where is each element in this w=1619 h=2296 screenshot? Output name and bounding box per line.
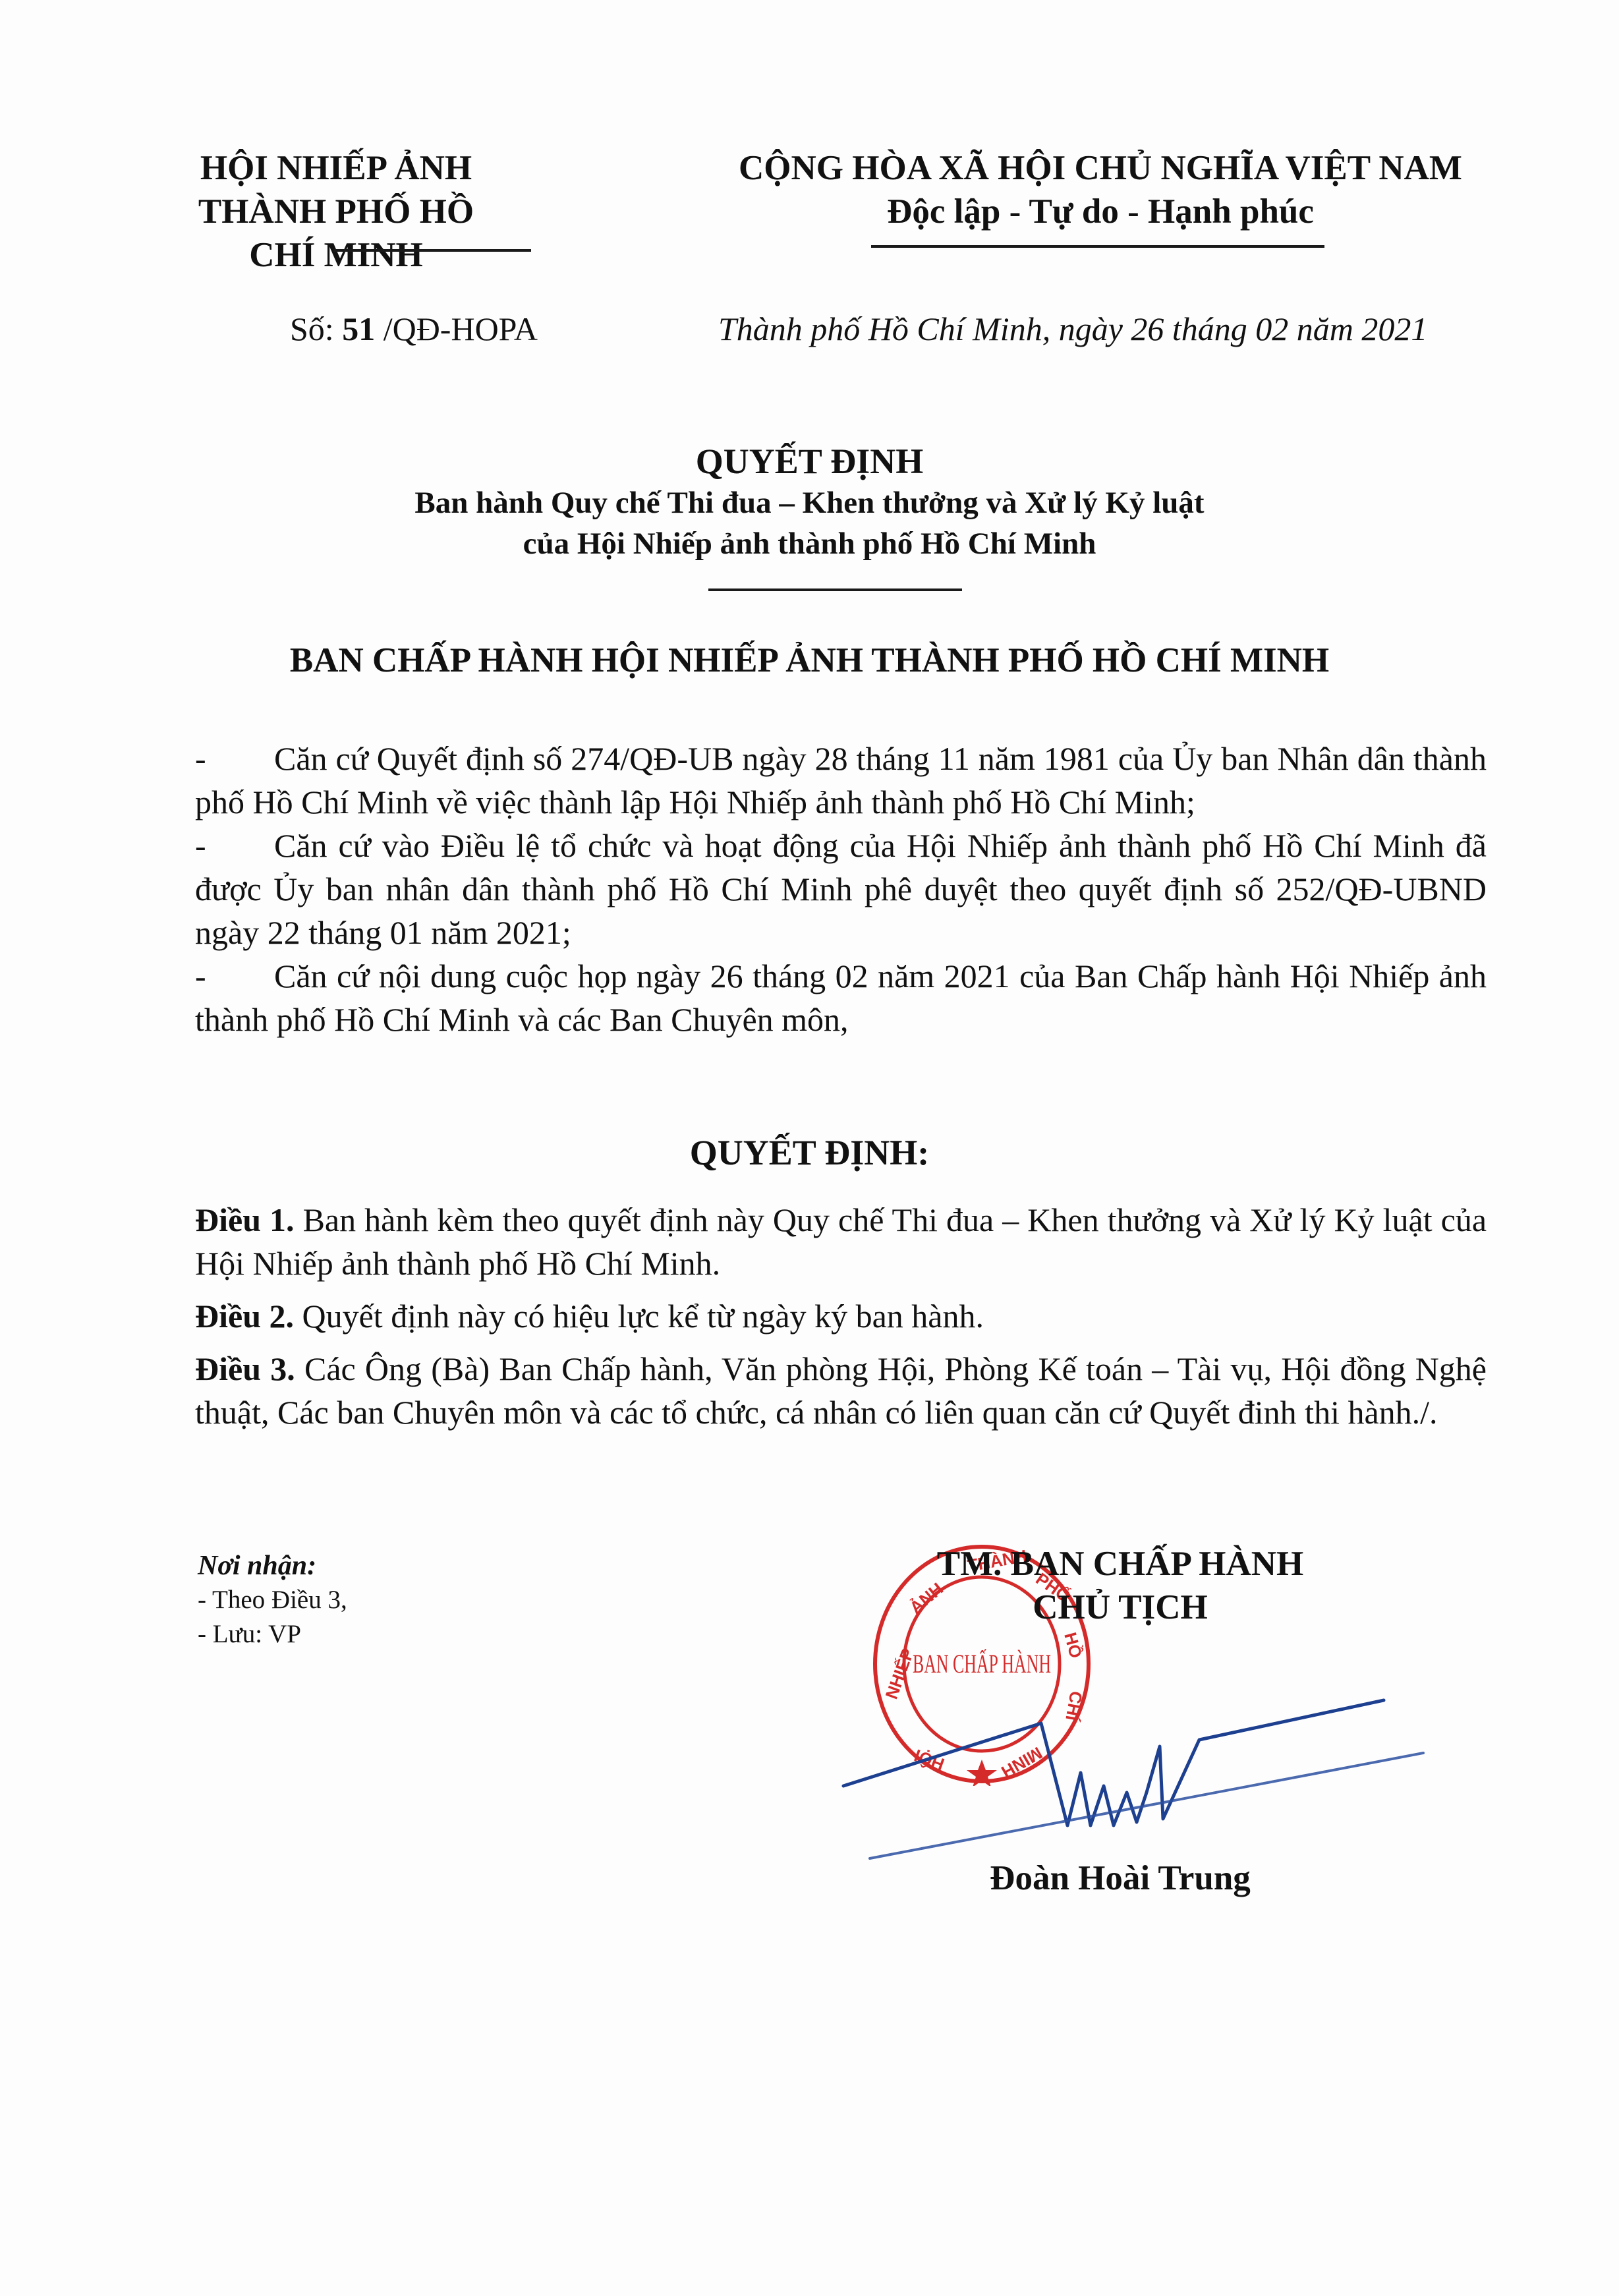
legal-basis: -Căn cứ Quyết định số 274/QĐ-UB ngày 28 … — [195, 737, 1487, 1041]
article-label: Điều 1. — [195, 1201, 295, 1238]
handwritten-signature-icon — [830, 1661, 1436, 1872]
number-suffix: /QĐ-HOPA — [383, 310, 538, 347]
title-subtitle-line-1: Ban hành Quy chế Thi đua – Khen thưởng v… — [0, 482, 1619, 523]
recipients-title: Nơi nhận: — [198, 1549, 347, 1583]
motto-underline — [871, 245, 1324, 248]
bullet-dash: - — [195, 954, 206, 998]
article-text: Quyết định này có hiệu lực kể từ ngày ký… — [294, 1298, 984, 1335]
place-date: Thành phố Hồ Chí Minh, ngày 26 tháng 02 … — [718, 310, 1427, 348]
organization-name: HỘI NHIẾP ẢNH THÀNH PHỐ HỒ CHÍ MINH — [171, 146, 501, 277]
basis-text: Căn cứ Quyết định số 274/QĐ-UB ngày 28 t… — [195, 740, 1487, 820]
organization-line-1: HỘI NHIẾP ẢNH — [171, 146, 501, 190]
title-underline — [708, 588, 962, 591]
document-number: Số: 51 /QĐ-HOPA — [290, 310, 538, 348]
decision-heading: QUYẾT ĐỊNH: — [0, 1132, 1619, 1173]
basis-item: -Căn cứ nội dung cuộc họp ngày 26 tháng … — [195, 954, 1487, 1041]
signer-name: Đoàn Hoài Trung — [843, 1858, 1397, 1898]
organization-line-2: THÀNH PHỐ HỒ CHÍ MINH — [171, 190, 501, 277]
national-motto: Độc lập - Tự do - Hạnh phúc — [705, 190, 1496, 233]
article-2: Điều 2. Quyết định này có hiệu lực kể từ… — [195, 1294, 1487, 1338]
national-header: CỘNG HÒA XÃ HỘI CHỦ NGHĨA VIỆT NAM Độc l… — [705, 146, 1496, 233]
organization-underline — [333, 249, 531, 252]
recipient-item: - Theo Điều 3, — [198, 1583, 347, 1617]
articles: Điều 1. Ban hành kèm theo quyết định này… — [195, 1198, 1487, 1443]
recipients: Nơi nhận: - Theo Điều 3, - Lưu: VP — [198, 1549, 347, 1651]
document-title: QUYẾT ĐỊNH Ban hành Quy chế Thi đua – Kh… — [0, 440, 1619, 564]
article-label: Điều 3. — [195, 1350, 295, 1387]
basis-item: -Căn cứ vào Điều lệ tổ chức và hoạt động… — [195, 824, 1487, 954]
article-text: Các Ông (Bà) Ban Chấp hành, Văn phòng Hộ… — [195, 1350, 1487, 1431]
title-subtitle-line-2: của Hội Nhiếp ảnh thành phố Hồ Chí Minh — [0, 523, 1619, 564]
basis-text: Căn cứ nội dung cuộc họp ngày 26 tháng 0… — [195, 958, 1487, 1038]
title-main: QUYẾT ĐỊNH — [0, 440, 1619, 482]
article-3: Điều 3. Các Ông (Bà) Ban Chấp hành, Văn … — [195, 1347, 1487, 1434]
article-label: Điều 2. — [195, 1298, 294, 1335]
bullet-dash: - — [195, 737, 206, 780]
number-value: 51 — [342, 310, 375, 347]
article-text: Ban hành kèm theo quyết định này Quy chế… — [195, 1201, 1487, 1282]
on-behalf-label: TM. BAN CHẤP HÀNH — [843, 1542, 1397, 1586]
svg-text:HỒ: HỒ — [1060, 1630, 1086, 1660]
bullet-dash: - — [195, 824, 206, 867]
number-prefix: Số: — [290, 310, 334, 347]
recipient-item: - Lưu: VP — [198, 1617, 347, 1651]
basis-item: -Căn cứ Quyết định số 274/QĐ-UB ngày 28 … — [195, 737, 1487, 824]
signature-block: TM. BAN CHẤP HÀNH CHỦ TỊCH — [843, 1542, 1397, 1629]
issuer-heading: BAN CHẤP HÀNH HỘI NHIẾP ẢNH THÀNH PHỐ HỒ… — [0, 641, 1619, 680]
signer-position: CHỦ TỊCH — [843, 1586, 1397, 1629]
nation-name: CỘNG HÒA XÃ HỘI CHỦ NGHĨA VIỆT NAM — [705, 146, 1496, 190]
basis-text: Căn cứ vào Điều lệ tổ chức và hoạt động … — [195, 827, 1487, 951]
article-1: Điều 1. Ban hành kèm theo quyết định này… — [195, 1198, 1487, 1285]
